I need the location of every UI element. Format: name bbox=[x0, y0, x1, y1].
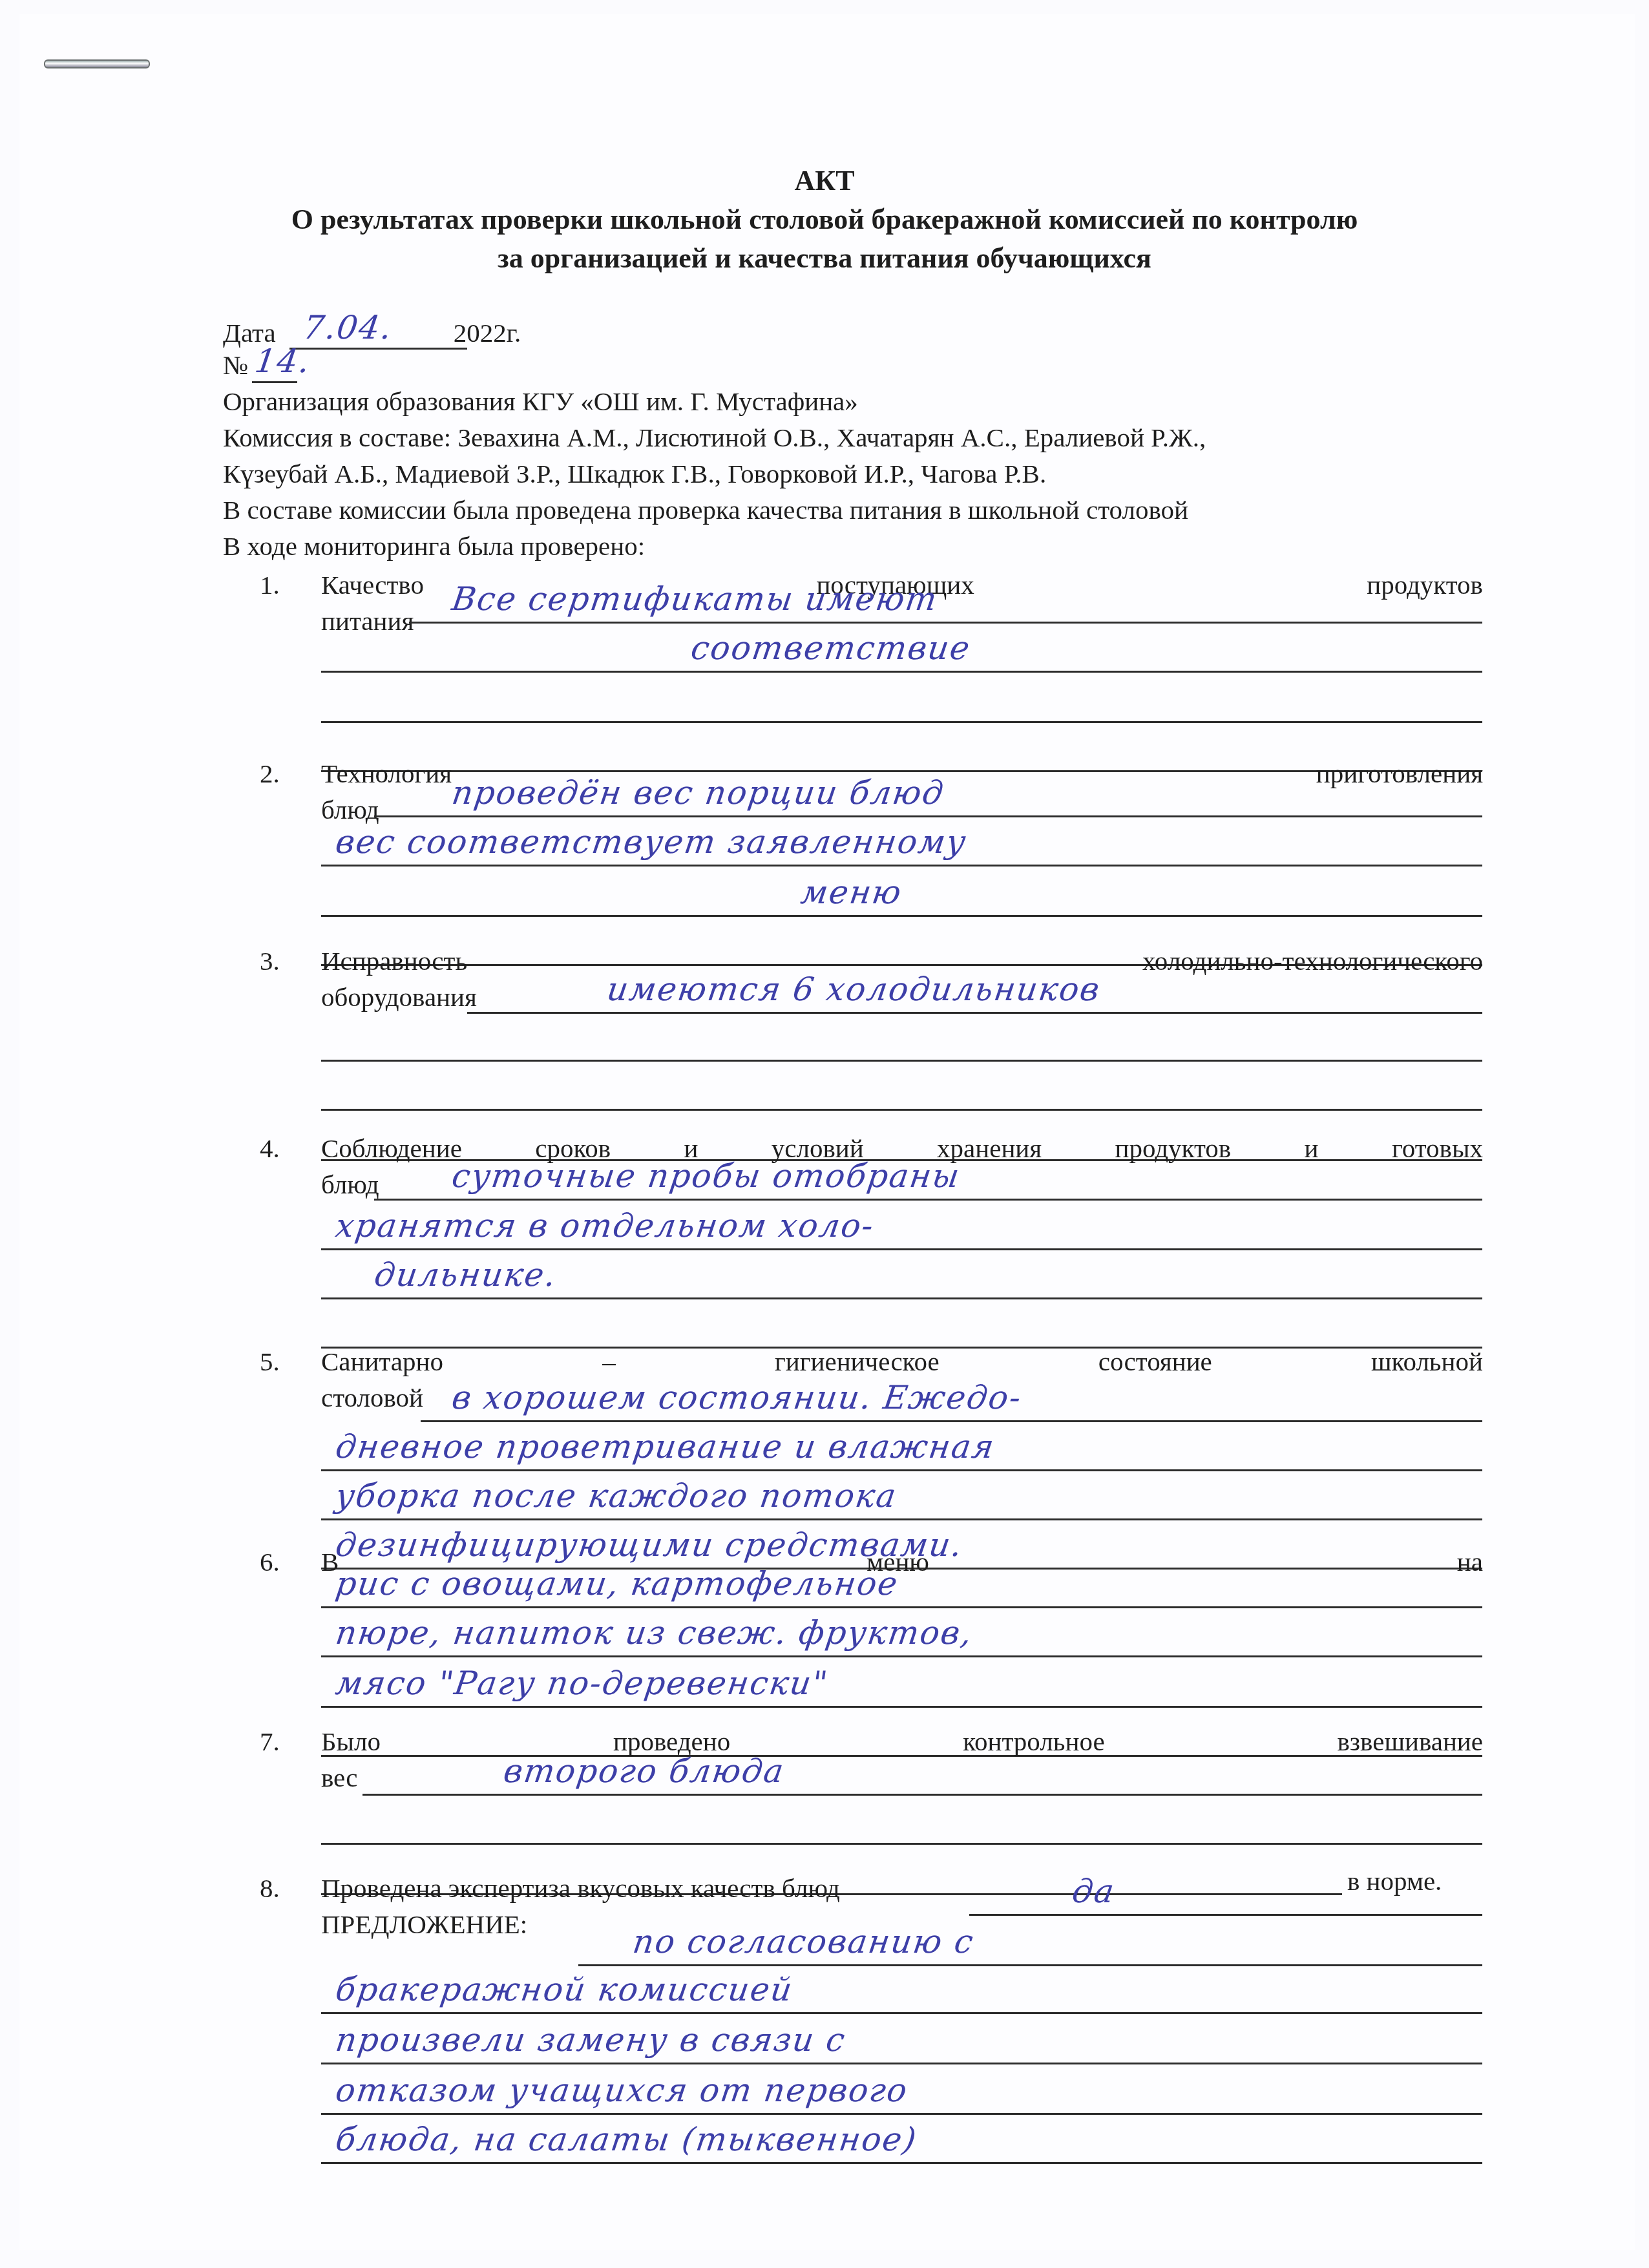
answer-line bbox=[969, 1914, 1482, 1916]
answer-line bbox=[409, 622, 1482, 624]
item-subheading: оборудования bbox=[321, 980, 477, 1014]
heading-word: гигиеническое bbox=[775, 1344, 940, 1379]
item-heading: Былопроведеноконтрольноевзвешивание bbox=[321, 1724, 1483, 1759]
answer-line bbox=[421, 1420, 1482, 1422]
answer-line bbox=[321, 1518, 1482, 1520]
heading-word: Качество bbox=[321, 567, 424, 602]
handwritten-answer[interactable]: мясо "Рагу по-деревенски" bbox=[333, 1664, 831, 1702]
handwritten-answer[interactable]: дильнике. bbox=[372, 1256, 560, 1294]
answer-line bbox=[321, 2162, 1482, 2164]
heading-word: контрольное bbox=[963, 1724, 1104, 1759]
answer-line bbox=[321, 1469, 1482, 1471]
item-number: 6. bbox=[260, 1544, 280, 1579]
handwritten-answer[interactable]: в хорошем состоянии. Ежедо- bbox=[450, 1379, 1024, 1416]
heading-word: – bbox=[602, 1344, 616, 1379]
proposal-label: ПРЕДЛОЖЕНИЕ: bbox=[321, 1907, 527, 1942]
handwritten-answer[interactable]: хранятся в отдельном холо- bbox=[333, 1207, 877, 1244]
document-title: АКТ bbox=[0, 163, 1649, 199]
handwritten-answer[interactable]: уборка после каждого потока bbox=[333, 1477, 899, 1515]
answer-line bbox=[321, 1706, 1482, 1708]
item-subheading: столовой bbox=[321, 1380, 423, 1415]
taste-answer[interactable]: да bbox=[1070, 1873, 1118, 1910]
answer-line bbox=[321, 2113, 1482, 2115]
handwritten-answer[interactable]: проведён вес порции блюд bbox=[450, 774, 947, 812]
handwritten-answer[interactable]: бракеражной комиссией bbox=[333, 1971, 795, 2008]
heading-word: и bbox=[1305, 1131, 1319, 1166]
heading-word: Было bbox=[321, 1724, 381, 1759]
handwritten-answer[interactable]: соответствие bbox=[689, 629, 973, 667]
heading-word: холодильно-технологического bbox=[1142, 943, 1483, 978]
answer-line bbox=[578, 1964, 1482, 1966]
item-subheading: питания bbox=[321, 604, 414, 638]
heading-word: Соблюдение bbox=[321, 1131, 462, 1166]
heading-word: Исправность bbox=[321, 943, 467, 978]
item-number: 5. bbox=[260, 1344, 280, 1379]
heading-word: школьной bbox=[1371, 1344, 1483, 1379]
answer-line bbox=[362, 1794, 1482, 1796]
handwritten-answer[interactable]: суточные пробы отобраны bbox=[450, 1157, 963, 1195]
handwritten-answer[interactable]: дневное проветривание и влажная bbox=[333, 1428, 998, 1465]
heading-word: на bbox=[1457, 1544, 1483, 1579]
handwritten-answer[interactable]: произвели замену в связи с bbox=[333, 2021, 848, 2059]
date-underline bbox=[289, 348, 467, 350]
item-tail: в норме. bbox=[1347, 1864, 1442, 1898]
document-subtitle-1: О результатах проверки школьной столовой… bbox=[0, 202, 1649, 238]
heading-word: продуктов bbox=[1367, 567, 1483, 602]
item-number: 3. bbox=[260, 943, 280, 978]
document-subtitle-2: за организацией и качества питания обуча… bbox=[0, 240, 1649, 277]
commission-line-1: Комиссия в составе: Зевахина А.М., Лисют… bbox=[223, 420, 1206, 455]
answer-line bbox=[321, 1060, 1482, 1062]
heading-word: продуктов bbox=[1115, 1131, 1231, 1166]
number-value[interactable]: 14. bbox=[253, 342, 313, 380]
answer-line bbox=[321, 1248, 1482, 1250]
item-subheading: блюд bbox=[321, 792, 379, 827]
item-subheading: блюд bbox=[321, 1167, 379, 1202]
item-number: 4. bbox=[260, 1131, 280, 1166]
number-label: № bbox=[223, 348, 248, 383]
number-underline bbox=[252, 381, 297, 383]
heading-word: взвешивание bbox=[1338, 1724, 1483, 1759]
heading-word: Технология bbox=[321, 756, 452, 791]
date-value[interactable]: 7.04. bbox=[301, 309, 395, 346]
answer-line bbox=[321, 2012, 1482, 2014]
item-number: 7. bbox=[260, 1724, 280, 1759]
answer-line bbox=[321, 1843, 1482, 1845]
handwritten-answer[interactable]: меню bbox=[799, 874, 905, 911]
handwritten-answer[interactable]: рис с овощами, картофельное bbox=[333, 1565, 901, 1602]
handwritten-answer[interactable]: Все сертификаты имеют bbox=[450, 580, 940, 618]
statement: В составе комиссии была проведена провер… bbox=[223, 492, 1188, 527]
organization: Организация образования КГУ «ОШ им. Г. М… bbox=[223, 384, 858, 419]
answer-line bbox=[321, 671, 1482, 673]
heading-word: Санитарно bbox=[321, 1344, 443, 1379]
handwritten-answer[interactable]: блюда, на салаты (тыквенное) bbox=[333, 2121, 919, 2158]
item-heading: Санитарно–гигиеническоесостояниешкольной bbox=[321, 1344, 1483, 1379]
item-number: 2. bbox=[260, 756, 280, 791]
answer-line bbox=[321, 915, 1482, 917]
answer-line bbox=[321, 1606, 1482, 1608]
monitoring-intro: В ходе мониторинга была проверено: bbox=[223, 529, 645, 563]
heading-word: готовых bbox=[1392, 1131, 1483, 1166]
answer-line bbox=[467, 1012, 1482, 1014]
commission-line-2: Күзеубай А.Б., Мадиевой З.Р., Шкадюк Г.В… bbox=[223, 456, 1046, 491]
handwritten-answer[interactable]: пюре, напиток из свеж. фруктов, bbox=[333, 1614, 975, 1652]
heading-word: состояние bbox=[1098, 1344, 1212, 1379]
heading-word: В bbox=[321, 1544, 339, 1579]
answer-line bbox=[321, 721, 1482, 723]
answer-line bbox=[374, 815, 1482, 817]
item-number: 8. bbox=[260, 1871, 280, 1906]
item-heading: Проведена экспертиза вкусовых качеств бл… bbox=[321, 1871, 840, 1906]
answer-line bbox=[374, 1199, 1482, 1201]
answer-line bbox=[321, 1655, 1482, 1657]
answer-line bbox=[321, 1109, 1482, 1111]
handwritten-answer[interactable]: имеются 6 холодильников bbox=[605, 971, 1103, 1008]
item-number: 1. bbox=[260, 567, 280, 602]
answer-line bbox=[321, 865, 1482, 866]
answer-line bbox=[321, 1297, 1482, 1299]
item-subheading: вес bbox=[321, 1760, 358, 1795]
handwritten-answer[interactable]: второго блюда bbox=[501, 1752, 787, 1790]
handwritten-answer[interactable]: по согласованию с bbox=[631, 1923, 976, 1960]
staple-mark bbox=[44, 59, 150, 68]
heading-word: приготовления bbox=[1316, 756, 1483, 791]
handwritten-answer[interactable]: вес соответствует заявленному bbox=[333, 823, 969, 861]
answer-line bbox=[321, 2063, 1482, 2064]
handwritten-answer[interactable]: отказом учащихся от первого bbox=[333, 2072, 910, 2109]
date-suffix: 2022г. bbox=[454, 318, 521, 348]
